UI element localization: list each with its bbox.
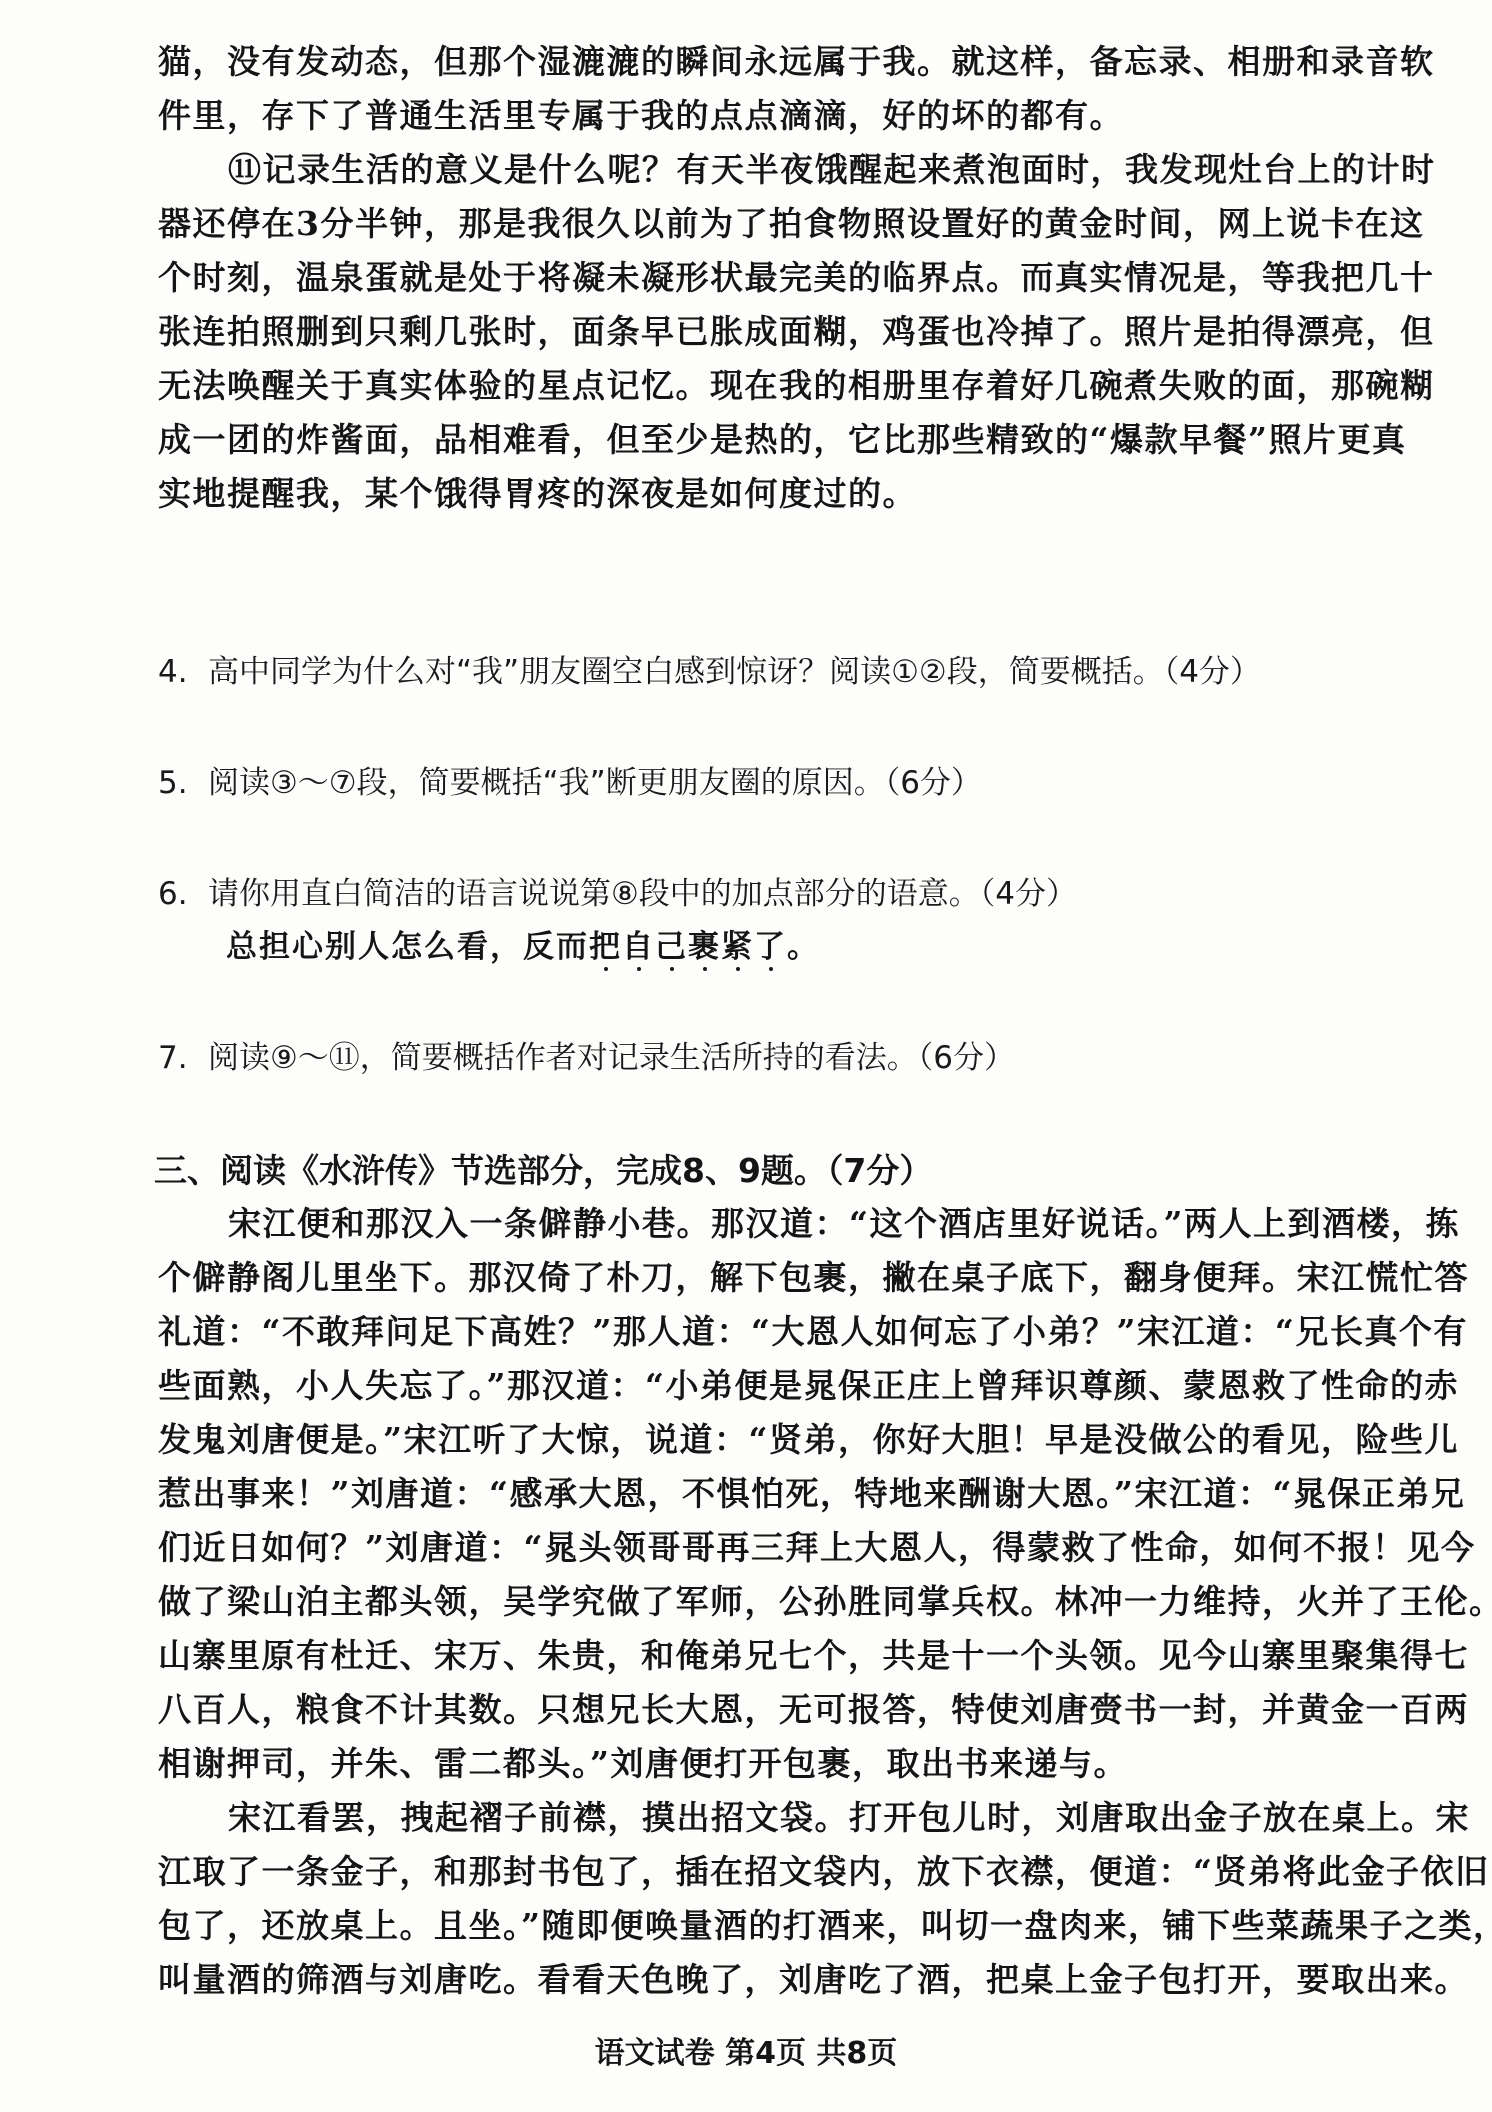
page-footer: 语文试卷 第4页 共8页 [0,2032,1492,2076]
question-text: 阅读③～⑦段，简要概括“我”断更朋友圈的原因。（6分） [208,765,982,801]
question-number: 7. [158,1036,208,1080]
section-3-heading: 三、阅读《水浒传》节选部分，完成8、9题。（7分） [154,1148,932,1194]
paragraph-11-line: 实地提醒我，某个饿得胃疼的深夜是如何度过的。 [158,472,1336,516]
question-text: 请你用直白简洁的语言说说第⑧段中的加点部分的语意。（4分） [208,876,1077,912]
dotted-char: 把 [589,929,622,965]
shuihu-line: 些面熟，小人失忘了。”那汉道：“小弟便是晁保正庄上曾拜识尊颜、蒙恩救了性命的赤 [158,1364,1336,1408]
shuihu-line: 做了梁山泊主都头领，吴学究做了军师，公孙胜同掌兵权。林冲一力维持，火并了王伦。 [158,1580,1336,1624]
quote-end: 。 [787,929,820,965]
question-6: 6.请你用直白简洁的语言说说第⑧段中的加点部分的语意。（4分） [158,872,1077,916]
question-text: 高中同学为什么对“我”朋友圈空白感到惊讶？阅读①②段，简要概括。（4分） [208,654,1261,690]
passage-line: 猫，没有发动态，但那个湿漉漉的瞬间永远属于我。就这样，备忘录、相册和录音软 [158,40,1336,84]
shuihu-line: 宋江便和那汉入一条僻静小巷。那汉道：“这个酒店里好说话。”两人上到酒楼，拣 [228,1202,1336,1246]
shuihu-line: 发鬼刘唐便是。”宋江听了大惊，说道：“贤弟，你好大胆！早是没做公的看见，险些儿 [158,1418,1336,1462]
dotted-char: 紧 [721,929,754,965]
exam-page: 猫，没有发动态，但那个湿漉漉的瞬间永远属于我。就这样，备忘录、相册和录音软 件里… [0,0,1492,2112]
paragraph-11-line: 无法唤醒关于真实体验的星点记忆。现在我的相册里存着好几碗煮失败的面，那碗糊 [158,364,1336,408]
question-number: 4. [158,650,208,694]
question-number: 5. [158,761,208,805]
shuihu-line: 惹出事来！”刘唐道：“感承大恩，不惧怕死，特地来酬谢大恩。”宋江道：“晁保正弟兄 [158,1472,1336,1516]
paragraph-11-line: 张连拍照删到只剩几张时，面条早已胀成面糊，鸡蛋也冷掉了。照片是拍得漂亮，但 [158,310,1336,354]
question-7: 7.阅读⑨～⑪，简要概括作者对记录生活所持的看法。（6分） [158,1036,1015,1080]
paragraph-11-line: ⑪记录生活的意义是什么呢？有天半夜饿醒起来煮泡面时，我发现灶台上的计时 [228,148,1336,192]
shuihu-line: 叫量酒的筛酒与刘唐吃。看看天色晚了，刘唐吃了酒，把桌上金子包打开，要取出来。 [158,1958,1336,2002]
paragraph-11-line: 个时刻，温泉蛋就是处于将凝未凝形状最完美的临界点。而真实情况是，等我把几十 [158,256,1336,300]
shuihu-line: 相谢押司，并朱、雷二都头。”刘唐便打开包裹，取出书来递与。 [158,1742,1336,1786]
passage-line: 件里，存下了普通生活里专属于我的点点滴滴，好的坏的都有。 [158,94,1336,138]
shuihu-line: 礼道：“不敢拜问足下高姓？”那人道：“大恩人如何忘了小弟？”宋江道：“兄长真个有 [158,1310,1336,1354]
dotted-char: 了 [754,929,787,965]
paragraph-11-line: 成一团的炸酱面，品相难看，但至少是热的，它比那些精致的“爆款早餐”照片更真 [158,418,1336,462]
shuihu-line: 山寨里原有杜迁、宋万、朱贵，和俺弟兄七个，共是十一个头领。见今山寨里聚集得七 [158,1634,1336,1678]
shuihu-line: 个僻静阁儿里坐下。那汉倚了朴刀，解下包裹，撇在桌子底下，翻身便拜。宋江慌忙答 [158,1256,1336,1300]
shuihu-line: 宋江看罢，拽起褶子前襟，摸出招文袋。打开包儿时，刘唐取出金子放在桌上。宋 [228,1796,1336,1840]
dotted-char: 己 [655,929,688,965]
question-4: 4.高中同学为什么对“我”朋友圈空白感到惊讶？阅读①②段，简要概括。（4分） [158,650,1261,694]
quote-plain-text: 总担心别人怎么看，反而 [226,929,589,965]
question-5: 5.阅读③～⑦段，简要概括“我”断更朋友圈的原因。（6分） [158,761,982,805]
dotted-char: 自 [622,929,655,965]
q6-quoted-sentence: 总担心别人怎么看，反而把自己裹紧了。 [226,925,820,969]
question-number: 6. [158,872,208,916]
question-text: 阅读⑨～⑪，简要概括作者对记录生活所持的看法。（6分） [208,1040,1015,1076]
shuihu-line: 包了，还放桌上。且坐。”随即便唤量酒的打酒来，叫切一盘肉来，铺下些菜蔬果子之类， [158,1904,1336,1948]
shuihu-line: 江取了一条金子，和那封书包了，插在招文袋内，放下衣襟，便道：“贤弟将此金子依旧 [158,1850,1336,1894]
paragraph-11-line: 器还停在3分半钟，那是我很久以前为了拍食物照设置好的黄金时间，网上说卡在这 [158,202,1336,246]
dotted-char: 裹 [688,929,721,965]
shuihu-line: 们近日如何？”刘唐道：“晁头领哥哥再三拜上大恩人，得蒙救了性命，如何不报！见今 [158,1526,1336,1570]
shuihu-line: 八百人，粮食不计其数。只想兄长大恩，无可报答，特使刘唐赍书一封，并黄金一百两 [158,1688,1336,1732]
